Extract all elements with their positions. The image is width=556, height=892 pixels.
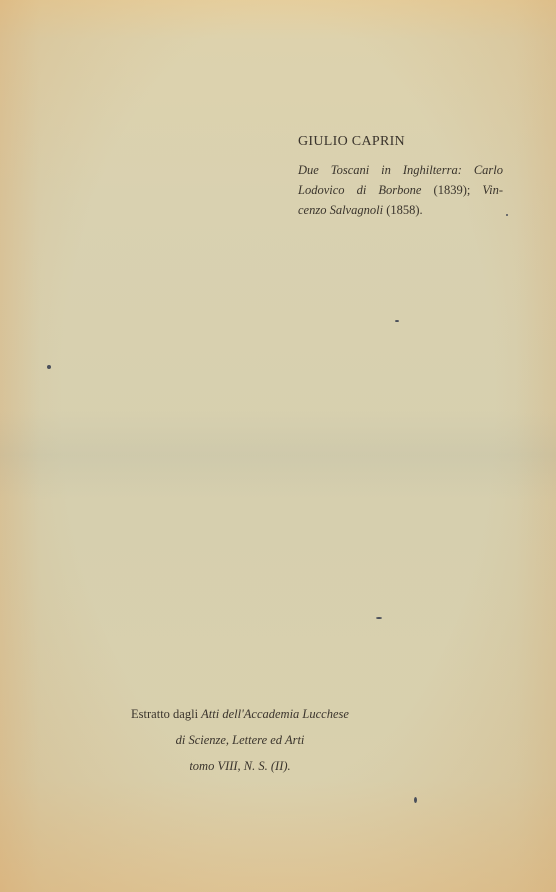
imprint-text: Estratto dagli	[131, 707, 201, 721]
document-page: GIULIO CAPRIN Due Toscani in Inghilterra…	[0, 0, 556, 892]
ink-speck	[414, 797, 417, 803]
ink-speck	[47, 365, 51, 369]
imprint-line-1: Estratto dagli Atti dell'Accademia Lucch…	[100, 701, 380, 727]
offprint-note: Estratto dagli Atti dell'Accademia Lucch…	[100, 701, 380, 779]
title-text: cenzo Salvagnoli	[298, 203, 383, 217]
title-text: Due Toscani in Inghilterra: Carlo	[298, 163, 503, 177]
ink-speck	[506, 214, 508, 216]
journal-name: di Scienze, Lettere ed Arti	[176, 733, 305, 747]
title-line-3: cenzo Salvagnoli (1858).	[298, 200, 503, 220]
paper-stain	[0, 410, 556, 500]
title-date: (1839);	[421, 183, 482, 197]
title-line-1: Due Toscani in Inghilterra: Carlo	[298, 160, 503, 180]
volume-info: tomo VIII, N. S. (II).	[189, 759, 290, 773]
ink-speck	[395, 320, 399, 322]
imprint-line-2: di Scienze, Lettere ed Arti	[100, 727, 380, 753]
title-text: Lodovico di Borbone	[298, 183, 421, 197]
author-name: GIULIO CAPRIN	[298, 134, 405, 150]
title-line-2: Lodovico di Borbone (1839); Vin-	[298, 180, 503, 200]
ink-speck	[376, 617, 382, 619]
work-title: Due Toscani in Inghilterra: Carlo Lodovi…	[298, 160, 503, 220]
title-text: Vin-	[482, 183, 503, 197]
imprint-line-3: tomo VIII, N. S. (II).	[100, 753, 380, 779]
title-date: (1858).	[383, 203, 423, 217]
journal-name: Atti dell'Accademia Lucchese	[201, 707, 349, 721]
